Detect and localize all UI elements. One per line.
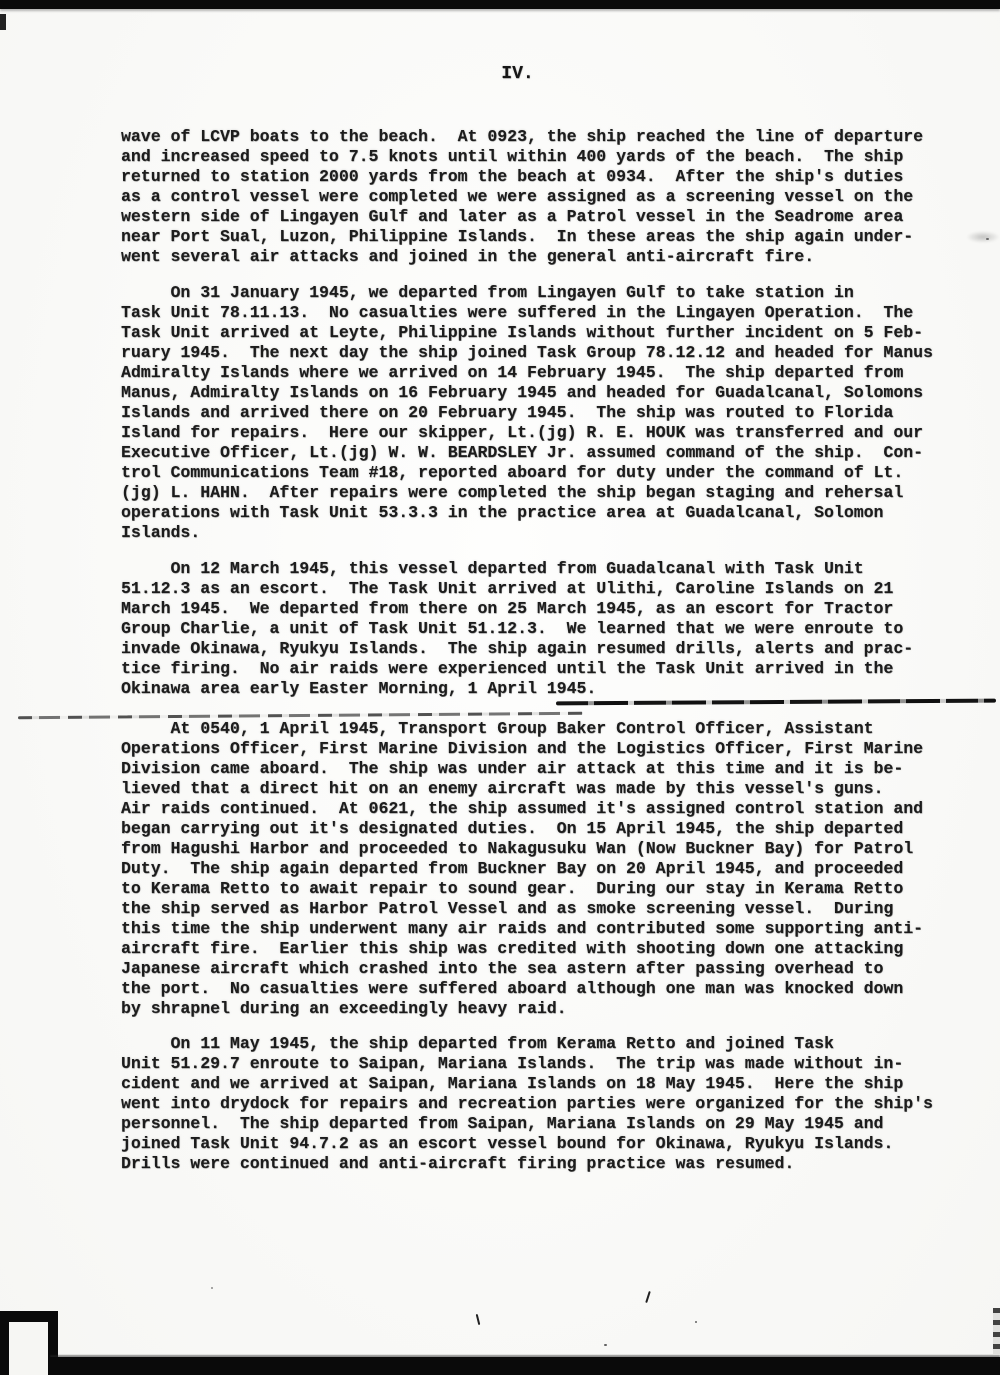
- corner-punch-notch: [9, 1322, 48, 1375]
- fold-crease-line: [556, 699, 996, 706]
- ink-speck: [211, 1287, 213, 1289]
- paragraph-5: On 11 May 1945, the ship departed from K…: [121, 1034, 933, 1174]
- scan-smudge: [966, 231, 1000, 243]
- scan-edge-bar-top: [0, 0, 1000, 9]
- ink-speck: [604, 1344, 607, 1346]
- paragraph-2: On 31 January 1945, we departed from Lin…: [121, 283, 933, 543]
- ink-speck: [476, 1314, 481, 1325]
- ink-speck: [986, 238, 989, 240]
- paragraph-1: wave of LCVP boats to the beach. At 0923…: [121, 127, 923, 267]
- ink-speck: [695, 1321, 697, 1323]
- scan-edge-bar-bottom: [50, 1357, 1000, 1375]
- paragraph-3: On 12 March 1945, this vessel departed f…: [121, 559, 913, 699]
- document-page: IV. wave of LCVP boats to the beach. At …: [0, 0, 1000, 1375]
- paragraph-4: At 0540, 1 April 1945, Transport Group B…: [121, 719, 923, 1019]
- page-number: IV.: [0, 63, 1000, 85]
- ink-speck: [645, 1291, 651, 1303]
- scan-smudge: [993, 1308, 1000, 1354]
- scan-edge-tick: [0, 14, 6, 30]
